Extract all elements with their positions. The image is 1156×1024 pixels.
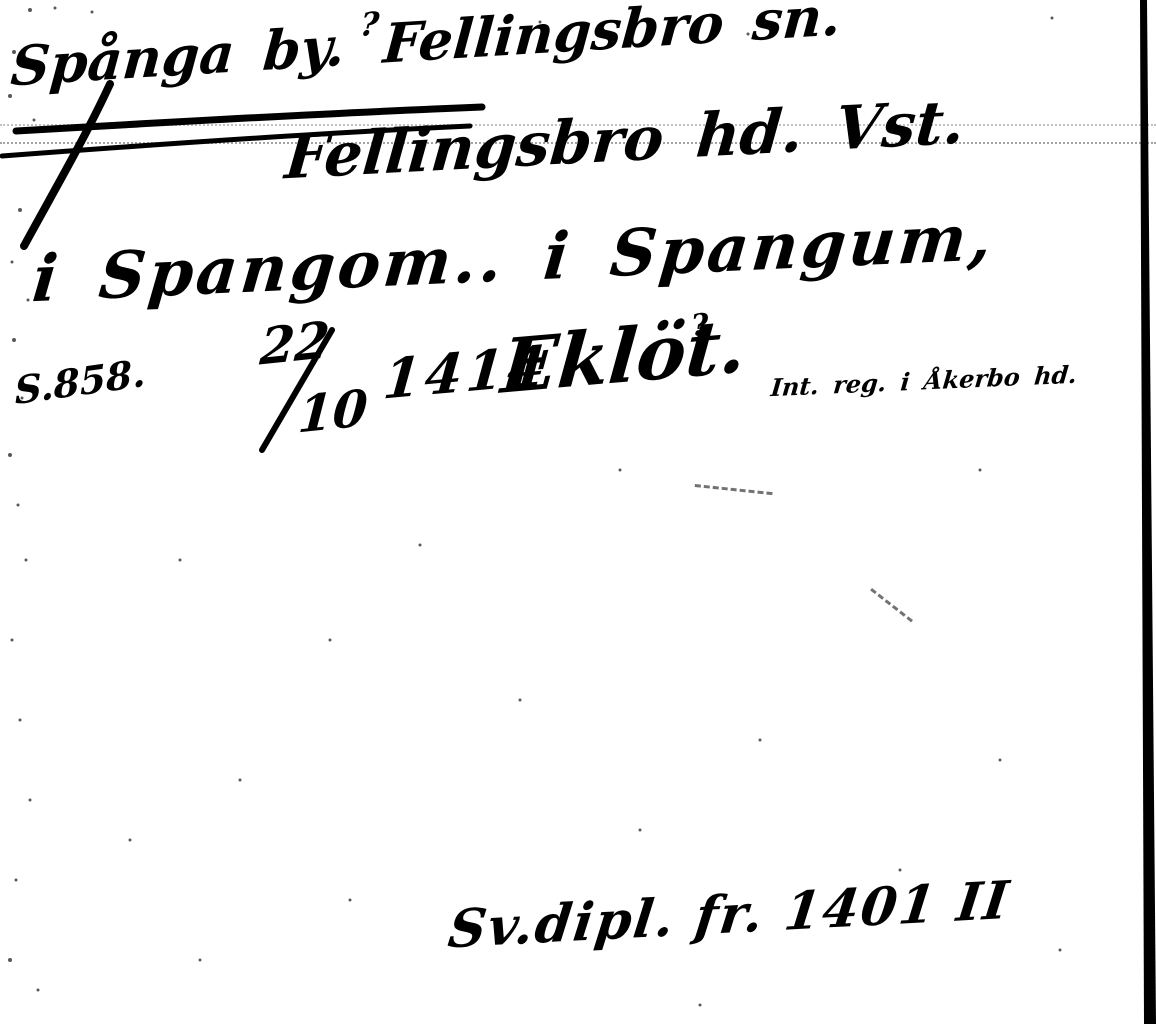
annotation-note: Int. reg. i Åkerbo hd. [770, 363, 1078, 400]
parish-name: Fellingsbro sn. [381, 0, 843, 76]
smudge-mark [695, 484, 773, 495]
headword-line: Spånga by.?Fellingsbro sn. [9, 0, 844, 93]
smudge-mark [870, 588, 913, 622]
scanned-index-card: Spånga by.?Fellingsbro sn. Fellingsbro h… [0, 0, 1156, 1024]
reference-number: S.858. [14, 354, 146, 411]
date-day: 22 [258, 315, 331, 373]
big-name-query-mark: ? [690, 310, 710, 341]
date-month: 10 [296, 383, 369, 441]
big-name: Eklöt. [498, 309, 749, 405]
settlement-type: by. [261, 14, 348, 83]
name-forms-line: i Spangom.. i Spangum, [30, 206, 998, 312]
source-citation: Sv.dipl. fr. 1401 II [446, 875, 1013, 957]
flourish-stroke [24, 84, 110, 246]
query-mark: ? [359, 5, 381, 44]
district-line: Fellingsbro hd. Vst. [283, 92, 967, 188]
place-name: Spånga [9, 20, 237, 98]
scan-edge-bar [1140, 0, 1156, 1024]
